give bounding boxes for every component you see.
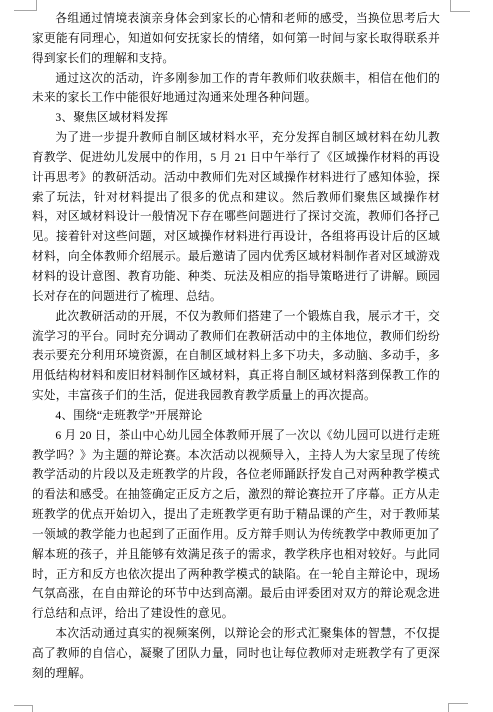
crop-mark-top-right-icon [450,0,470,12]
document-text: 各组通过情境表演亲身体会到家长的心情和老师的感受，当换位思考后大家更能有同理心，… [32,9,440,684]
paragraph: 3、聚焦区域材料发挥 [32,108,440,128]
paragraph: 4、围绕“走班教学”开展辩论 [32,406,440,426]
paragraph: 为了进一步提升教师自制区域材料水平，充分发挥自制区域材料在幼儿教育教学、促进幼儿… [32,128,440,307]
paragraph: 此次教研活动的开展，不仅为教师们搭建了一个锻炼自我，展示才干，交流学习的平台。同… [32,307,440,406]
crop-mark-bottom-right-icon [448,703,468,712]
paragraph: 通过这次的活动，许多刚参加工作的青年教师们收获颇丰，相信在他们的未来的家长工作中… [32,69,440,109]
paragraph: 各组通过情境表演亲身体会到家长的心情和老师的感受，当换位思考后大家更能有同理心，… [32,9,440,69]
crop-mark-bottom-left-icon [14,705,33,712]
document-page: 各组通过情境表演亲身体会到家长的心情和老师的感受，当换位思考后大家更能有同理心，… [0,0,493,712]
paragraph: 6 月 20 日，茶山中心幼儿园全体教师开展了一次以《幼儿园可以进行走班教学吗？… [32,426,440,624]
paragraph: 本次活动通过真实的视频案例，以辩论会的形式汇聚集体的智慧，不仅提高了教师的自信心… [32,624,440,684]
